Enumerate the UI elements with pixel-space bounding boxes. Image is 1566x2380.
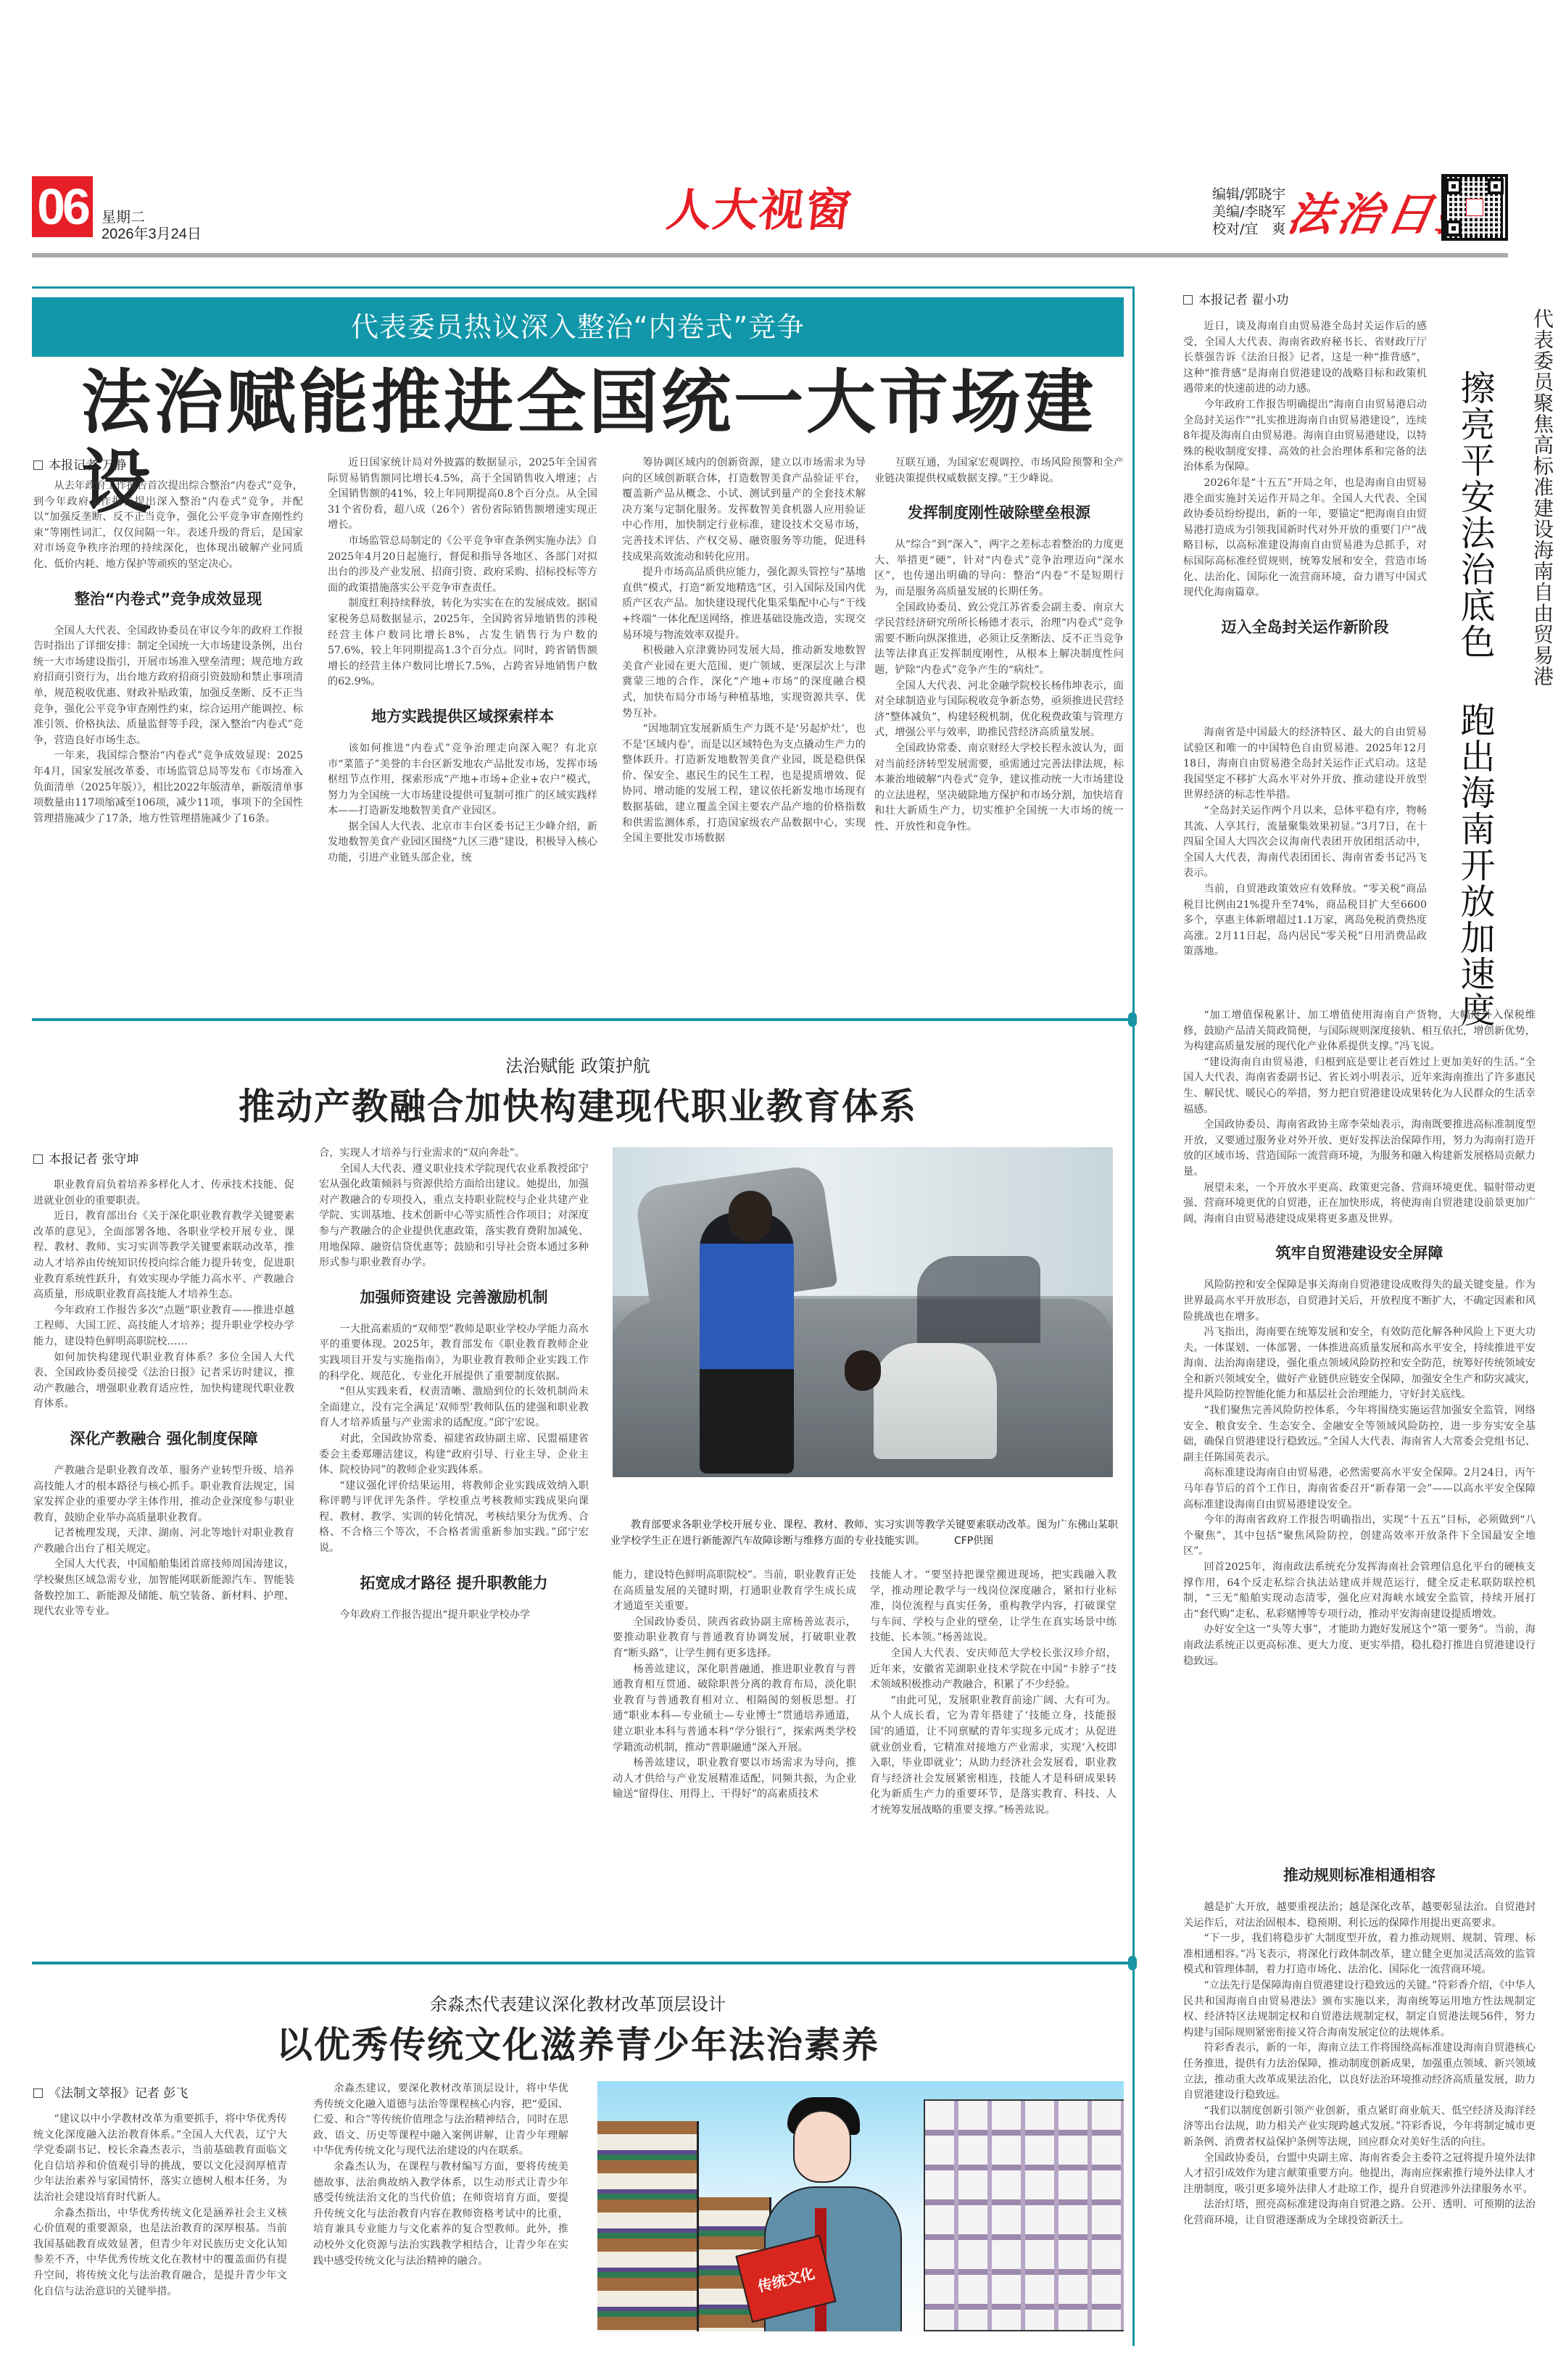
byline-text: 本报记者 翟小功 — [1198, 293, 1288, 307]
photo-student-head — [845, 1350, 881, 1391]
masthead-divider — [32, 253, 1508, 257]
paragraph: 全国人大代表，中国船舶集团首席技师周国涛建议，学校聚焦区域急需专业，加智能网联新… — [33, 1557, 294, 1619]
paragraph: 从去年政府工作报告首次提出综合整治“内卷式”竞争，到今年政府工作报告提出深入整治… — [33, 479, 303, 573]
photo-credit: CFP供图 — [954, 1535, 993, 1547]
photo-car-window — [917, 1256, 1040, 1343]
article-market-banner: 代表委员热议深入整治“内卷式”竞争 — [32, 297, 1124, 357]
paragraph: 风险防控和安全保障是事关海南自贸港建设成败得失的最关键变量。作为世界最高水平开放… — [1183, 1278, 1536, 1325]
paragraph: 如何加快构建现代职业教育体系？多位全国人大代表、全国政协委员接受《法治日报》记者… — [33, 1350, 294, 1413]
divider-dot — [1128, 1956, 1137, 1970]
paragraph: “立法先行是保障海南自贸港建设行稳致远的关键。”符彩香介绍，《中华人民共和国海南… — [1183, 1978, 1536, 2041]
article-hainan-intro: 近日，谈及海南自由贸易港全岛封关运作后的感受，全国人大代表、海南省政府秘书长、省… — [1183, 319, 1427, 682]
page-number: 06 — [32, 176, 93, 237]
paragraph: 一年来，我国综合整治“内卷式”竞争成效显现：2025年4月，国家发展改革委、市场… — [33, 748, 303, 827]
section-title: 人大视窗 — [663, 174, 855, 239]
illustration-book-stack — [597, 2121, 699, 2331]
article-culture-headline: 以优秀传统文化滋养青少年法治素养 — [32, 2016, 1124, 2068]
paragraph: 全国政协委员、海南省政协主席李荣灿表示，海南既要推进高标准制度型开放，又要通过服… — [1183, 1117, 1536, 1180]
byline-text: 本报记者 张守坤 — [49, 1152, 138, 1167]
paragraph: 全国人大代表、河北金融学院校长杨伟坤表示，面对全球制造业与国际税收竞争新态势，亟… — [874, 679, 1124, 741]
paragraph: 市场监管总局制定的《公平竞争审查条例实施办法》自2025年4月20日起施行，督促… — [328, 534, 597, 596]
editor-credit: 编辑/郭晓宇 — [1212, 186, 1285, 203]
qr-corner — [1446, 220, 1462, 236]
paragraph: 全国人大代表、全国政协委员在审议今年的政府工作报告时指出了详细安排：制定全国统一… — [33, 624, 303, 749]
illustration-school-building — [924, 2099, 1124, 2331]
paragraph: 今年政府工作报告明确提出“海南自由贸易港启动全岛封关运作”“扎实推进海南自由贸易… — [1183, 397, 1427, 476]
qr-corner — [1488, 178, 1504, 194]
issue-date: 2026年3月24日 — [101, 222, 202, 243]
illustration-student-face — [793, 2110, 851, 2183]
editorial-credits: 编辑/郭晓宇 美编/李晓军 校对/宜 爽 — [1212, 186, 1285, 238]
qr-center-logo — [1466, 199, 1483, 216]
paragraph: 一大批高素质的“双师型”教师是职业学校办学能力高水平的重要体现。2025年，教育… — [319, 1322, 589, 1384]
paragraph: 法治灯塔，照亮高标准建设海南自贸港之路。公开、透明、可预期的法治化营商环境，让自… — [1183, 2197, 1536, 2228]
article-culture-column-1: “建议以中小学教材改革为重要抓手，将中华优秀传统文化深度融入法治教育体系。”全国… — [33, 2112, 287, 2344]
paragraph: 当前，自贸港政策效应有效释放。“零关税”商品税目比例由21%提升至74%，商品税… — [1183, 882, 1427, 960]
subhead: 整治“内卷式”竞争成效显现 — [33, 589, 303, 609]
paragraph: “由此可见，发展职业教育前途广阔、大有可为。从个人成长看，它为青年搭建了‘技能立… — [870, 1693, 1116, 1819]
paragraph: 杨善竑建议，职业教育要以市场需求为导向，推动人才供给与产业发展精准适配，同频共振… — [613, 1756, 856, 1803]
paragraph: 近日国家统计局对外披露的数据显示，2025年全国省际贸易销售额同比增长4.5%，… — [328, 455, 597, 534]
paragraph: “建设海南自由贸易港，归根到底是要让老百姓过上更加美好的生活。”全国人大代表、海… — [1183, 1055, 1536, 1117]
photo-student-head — [729, 1191, 772, 1241]
paragraph: 2026年是“十五五”开局之年，也是海南自由贸易港全面实施封关运作开局之年。全国… — [1183, 476, 1427, 601]
article-vocational-column-4: 技能人才。“要坚持把课堂搬进现场，把实践融入教学，推动理论教学与一线岗位深度融合… — [870, 1568, 1116, 1954]
paragraph: 余淼杰建议，要深化教材改革顶层设计，将中华优秀传统文化融入道德与法治等课程核心内… — [313, 2081, 568, 2160]
section-divider — [32, 1962, 1132, 1964]
article-market-column-1: 从去年政府工作报告首次提出综合整治“内卷式”竞争，到今年政府工作报告提出深入整治… — [33, 479, 303, 993]
photo-student-standing — [700, 1212, 794, 1474]
top-rule — [32, 286, 1132, 289]
byline-text: 《法制文萃报》记者 彭飞 — [49, 2086, 188, 2101]
qr-code-icon[interactable] — [1441, 174, 1508, 241]
paragraph: 全国政协常委、南京财经大学校长程永波认为，面对当前经济转型发展需要，亟需通过完善… — [874, 741, 1124, 835]
paragraph: 越是扩大开放，越要重视法治；越是深化改革，越要彰显法治。自贸港封关运作后，对法治… — [1183, 1900, 1536, 1931]
qr-corner — [1446, 178, 1462, 194]
byline-box-icon — [33, 460, 43, 470]
subhead: 发挥制度刚性破除壁垒根源 — [874, 503, 1124, 523]
article-hainan-byline: 本报记者 翟小功 — [1183, 289, 1288, 307]
article-hainan-headline: 擦亮平安法治底色 跑出海南开放加速度 — [1450, 370, 1493, 1028]
paragraph: “我们聚焦完善风险防控体系，今年将围绕实施运营加强安全监管，网络安全、粮食安全、… — [1183, 1403, 1536, 1466]
paragraph: 符彩香表示，新的一年，海南立法工作将围绕高标准建设海南自贸港核心任务推进，提供有… — [1183, 2041, 1536, 2103]
article-culture-kicker: 余淼杰代表建议深化教材改革顶层设计 — [32, 1990, 1124, 2015]
paragraph: 能力，建设特色鲜明高职院校”。当前，职业教育正处在高质量发展的关键时期，打通职业… — [613, 1568, 856, 1615]
article-vocational-kicker: 法治赋能 政策护航 — [32, 1051, 1124, 1077]
article-vocational-column-2: 合，实现人才培养与行业需求的“双向奔赴”。 全国人大代表、遵义职业技术学院现代农… — [319, 1146, 589, 1954]
article-vocational-photo — [613, 1147, 1113, 1477]
subhead: 拓宽成才路径 提升职教能力 — [319, 1573, 589, 1593]
article-vocational-column-1: 职业教育肩负着培养多样化人才、传承技术技能、促进就业创业的重要职责。 近日，教育… — [33, 1178, 294, 1954]
article-vocational-column-3: 能力，建设特色鲜明高职院校”。当前，职业教育正处在高质量发展的关键时期，打通职业… — [613, 1568, 856, 1954]
paragraph: 今年政府工作报告提出“提升职业学校办学 — [319, 1608, 589, 1624]
paragraph: “加工增值保税累计、加工增值使用海南自产货物，大幅度外入保税维修，鼓励产品清关简… — [1183, 1008, 1536, 1055]
section-divider — [32, 1018, 1132, 1021]
paragraph: 产教融合是职业教育改革、服务产业转型升级、培养高技能人才的根本路径与核心抓手。职… — [33, 1463, 294, 1526]
paragraph: 今年政府工作报告多次“点题”职业教育——推进卓越工程师、大国工匠、高技能人才培养… — [33, 1303, 294, 1350]
paragraph: 今年的海南省政府工作报告明确指出，实现“十五五”目标，必须做到“八个聚焦”，其中… — [1183, 1513, 1536, 1560]
paragraph: 回首2025年，海南政法系统充分发挥海南社会管理信息化平台的硬核支撑作用，64个… — [1183, 1560, 1536, 1622]
paragraph: 冯飞指出，海南要在统筹发展和安全，有效防范化解各种风险上下更大功夫。一体谋划、一… — [1183, 1325, 1536, 1403]
subhead: 地方实践提供区域探索样本 — [328, 706, 597, 727]
article-culture-byline: 《法制文萃报》记者 彭飞 — [33, 2083, 188, 2101]
subhead: 深化产教融合 强化制度保障 — [33, 1429, 294, 1449]
byline-box-icon — [33, 1154, 43, 1164]
photo-student-kneeling — [874, 1343, 997, 1459]
paragraph: 全国政协委员、陕西省政协副主席杨善竑表示，要推动职业教育与普通教育协调发展，打破… — [613, 1615, 856, 1662]
paragraph: 高标准建设海南自由贸易港，必然需要高水平安全保障。2月24日，丙午马年春节后的首… — [1183, 1466, 1536, 1513]
paragraph: 余淼杰指出，中华优秀传统文化是涵养社会主义核心价值观的重要源泉，也是法治教育的深… — [33, 2206, 287, 2300]
paragraph: “建议以中小学教材改革为重要抓手，将中华优秀传统文化深度融入法治教育体系。”全国… — [33, 2112, 287, 2206]
paragraph: 筹协调区域内的创新资源，建立以市场需求为导向的区域创新联合体，打造数智美食产品验… — [622, 455, 866, 565]
paragraph: 全国政协委员、致公党江苏省委会副主委、南京大学民营经济研究所所长杨德才表示，治理… — [874, 600, 1124, 679]
paragraph: 展望未来，一个开放水平更高、政策更完备、营商环境更优、辐射带动更强、营商环境更优… — [1183, 1181, 1536, 1228]
column-divider — [1132, 286, 1135, 2346]
paragraph: “下一步，我们将稳步扩大制度型开放，着力推动规则、规制、管理、标准相通相容。”冯… — [1183, 1931, 1536, 1978]
paragraph: “但从实践来看，权责清晰、激励到位的长效机制尚未全面建立，没有完全满足‘双师型’… — [319, 1384, 589, 1431]
paragraph: “建议强化评价结果运用，将教师企业实践成效纳入职称评聘与评优评先条件。学校重点考… — [319, 1479, 589, 1557]
photo-caption: 教育部要求各职业学校开展专业、课程、教材、教师、实习实训等教学关键要素联动改革。… — [610, 1517, 1118, 1549]
art-editor-credit: 美编/李晓军 — [1212, 203, 1285, 220]
byline-text: 本报记者 万静 — [49, 458, 126, 473]
paragraph: 互联互通，为国家宏观调控、市场风险预警和全产业链决策提供权威数据支撑。”王少峰说… — [874, 455, 1124, 487]
article-hainan-section-3: 推动规则标准相通相容 越是扩大开放，越要重视法治；越是深化改革，越要彰显法治。自… — [1183, 1849, 1536, 2328]
article-hainan-section-1b: “加工增值保税累计、加工增值使用海南自产货物，大幅度外入保税维修，鼓励产品清关简… — [1183, 1008, 1536, 1922]
paragraph: 全国政协委员，台盟中央副主席、海南省委会主委符之冠将提升境外法律人才招引成效作为… — [1183, 2151, 1536, 2198]
paragraph: 该如何推进“内卷式”竞争治理走向深入呢？有北京市“菜篮子”美誉的丰台区新发地农产… — [328, 741, 597, 819]
proofreader-credit: 校对/宜 爽 — [1212, 220, 1285, 238]
paragraph: 记者梳理发现，天津、湖南、河北等地针对职业教育产教融合出台了相关规定。 — [33, 1526, 294, 1557]
paragraph: 技能人才。“要坚持把课堂搬进现场，把实践融入教学，推动理论教学与一线岗位深度融合… — [870, 1568, 1116, 1646]
article-culture-column-2: 余淼杰建议，要深化教材改革顶层设计，将中华优秀传统文化融入道德与法治等课程核心内… — [313, 2081, 568, 2344]
paragraph: 提升市场高品质供应能力，强化源头管控与“基地直供”模式，打造“新发地精选”区，引… — [622, 565, 866, 643]
paragraph: 办好安全这一“头等大事”，才能助力跑好发展这个“第一要务”。当前，海南政法系统正… — [1183, 1622, 1536, 1669]
subhead: 筑牢自贸港建设安全屏障 — [1183, 1243, 1536, 1263]
paragraph: 积极融入京津冀协同发展大局，推动新发地数智美食产业园在更大范围、更广领域、更深层… — [622, 643, 866, 722]
article-vocational-headline: 推动产教融合加快构建现代职业教育体系 — [32, 1078, 1124, 1130]
paragraph: 据全国人大代表、北京市丰台区委书记王少峰介绍，新发地数智美食产业园区围绕“九区三… — [328, 819, 597, 867]
paragraph: “我们以制度创新引领产业创新，重点紧盯商业航天、低空经济及海洋经济等出台法规，助… — [1183, 2104, 1536, 2151]
article-hainan-section-1a: 海南省是中国最大的经济特区、最大的自由贸易试验区和唯一的中国特色自由贸易港。20… — [1183, 725, 1427, 1008]
paragraph: 制度红利持续释放，转化为实实在在的发展成效。据国家税务总局数据显示，2025年，… — [328, 596, 597, 690]
paragraph: 近日，谈及海南自由贸易港全岛封关运作后的感受，全国人大代表、海南省政府秘书长、省… — [1183, 319, 1427, 397]
paragraph: 对此，全国政协常委、福建省政协副主席、民盟福建省委会主委郑珊洁建议，构建“政府引… — [319, 1431, 589, 1479]
divider-dot — [1128, 1012, 1137, 1027]
subhead: 迈入全岛封关运作新阶段 — [1183, 617, 1427, 637]
article-market-column-3: 筹协调区域内的创新资源，建立以市场需求为导向的区域创新联合体，打造数智美食产品验… — [622, 455, 866, 993]
paragraph: 从“综合”到“深入”，两字之差标志着整治的力度更大、举措更“硬”，针对“内卷式”… — [874, 537, 1124, 600]
article-market-column-2: 近日国家统计局对外披露的数据显示，2025年全国省际贸易销售额同比增长4.5%，… — [328, 455, 597, 993]
byline-box-icon — [1183, 295, 1193, 305]
paragraph: 全国人大代表、遵义职业技术学院现代农业系教授邱宁宏从强化政策倾斜与资源供给方面给… — [319, 1162, 589, 1271]
paragraph: 近日，教育部出台《关于深化职业教育教学关键要素改革的意见》，全面部署各地、各职业… — [33, 1209, 294, 1303]
article-culture-illustration: 传统文化 — [597, 2081, 1124, 2331]
paragraph: “因地制宜发展新质生产力既不是‘另起炉灶’，也不是‘区域内卷’，而是以区域特色为… — [622, 722, 866, 847]
paragraph: 余淼杰认为，在课程与教材编写方面，要将传统美德故事、法治典故纳入教学体系，以生动… — [313, 2160, 568, 2269]
paragraph: 职业教育肩负着培养多样化人才、传承技术技能、促进就业创业的重要职责。 — [33, 1178, 294, 1209]
paragraph: 杨善竑建议，深化职普融通，推进职业教育与普通教育相互贯通、破除职普分离的教育布局… — [613, 1662, 856, 1756]
paragraph: 合，实现人才培养与行业需求的“双向奔赴”。 — [319, 1146, 589, 1162]
article-market-byline: 本报记者 万静 — [33, 455, 126, 473]
paragraph: 全国人大代表、安庆师范大学校长张汉珍介绍，近年来，安徽省芜湖职业技术学院在中国“… — [870, 1646, 1116, 1693]
article-vocational-byline: 本报记者 张守坤 — [33, 1149, 138, 1167]
article-market-column-4: 互联互通，为国家宏观调控、市场风险预警和全产业链决策提供权威数据支撑。”王少峰说… — [874, 455, 1124, 993]
subhead: 加强师资建设 完善激励机制 — [319, 1287, 589, 1307]
caption-text: 教育部要求各职业学校开展专业、课程、教材、教师、实习实训等教学关键要素联动改革。… — [610, 1519, 1118, 1547]
subhead: 推动规则标准相通相容 — [1183, 1865, 1536, 1885]
byline-box-icon — [33, 2088, 43, 2098]
paragraph: 海南省是中国最大的经济特区、最大的自由贸易试验区和唯一的中国特色自由贸易港。20… — [1183, 725, 1427, 803]
article-hainan-kicker: 代表委员聚焦高标准建设海南自由贸易港 — [1528, 308, 1553, 687]
paragraph: “全岛封关运作两个月以来，总体平稳有序，物畅其流、人享其行，流量聚集效果初显。”… — [1183, 803, 1427, 882]
